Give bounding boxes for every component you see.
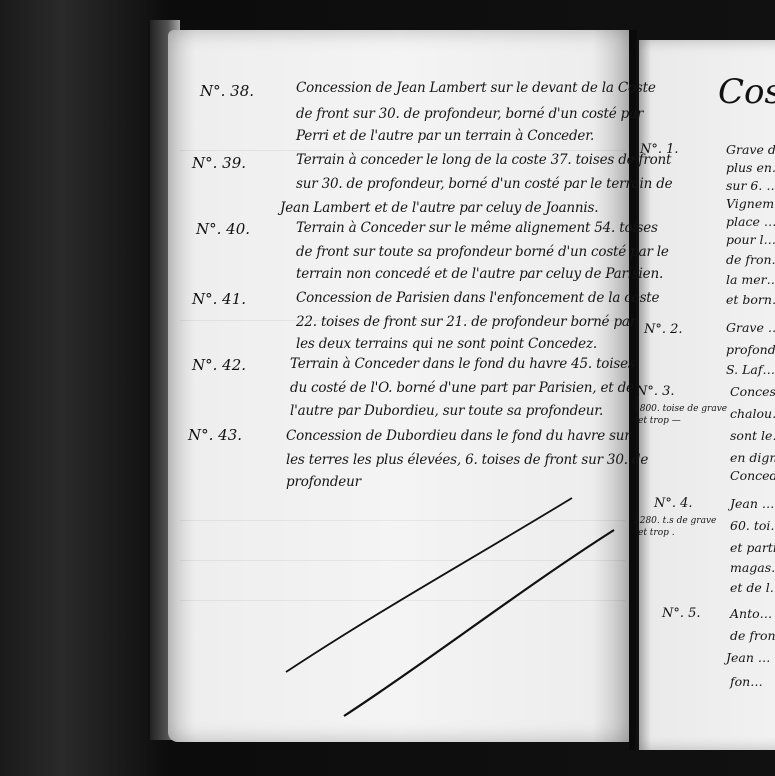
entry-number: N°. 1. (640, 142, 679, 157)
entry-line: Anto… (730, 606, 772, 621)
entry-line: Jean … (730, 496, 774, 511)
entry-number: N°. 5. (662, 606, 701, 621)
entry-line: magas… (730, 560, 775, 575)
entry-line: Conced… (730, 468, 775, 483)
entry-line: en dign… (730, 450, 775, 465)
margin-note: et trop . (638, 528, 675, 538)
entry-line: sur 6. … (726, 178, 775, 193)
right-page-heading: Coste (718, 72, 775, 112)
margin-note: et trop — (638, 416, 681, 426)
entry-number: N°. 3. (636, 384, 675, 399)
margin-note: 1800. toise de grave (634, 404, 727, 414)
entry-line: pour l… (726, 232, 775, 247)
entry-line: de fron… (730, 628, 775, 643)
entry-line: la mer… (726, 272, 775, 287)
margin-note: 1280. t.s de grave (634, 516, 716, 526)
entry-line: S. Laf… (726, 362, 775, 377)
entry-line: plus en… (726, 160, 775, 175)
entry-line: profond… (726, 342, 775, 357)
entry-line: fon… (730, 674, 763, 689)
entry-line: et partie… (730, 540, 775, 555)
entry-line: Grave d… (726, 142, 775, 157)
entry-line: chalou… (730, 406, 775, 421)
entry-line: et born… (726, 292, 775, 307)
entry-number: N°. 4. (654, 496, 693, 511)
entry-line: Jean … (726, 650, 770, 665)
entry-line: et de l… (730, 580, 775, 595)
entry-line: 60. toi… (730, 518, 775, 533)
entry-line: place … (726, 214, 775, 229)
entry-number: N°. 2. (644, 322, 683, 337)
entry-line: Concess… (730, 384, 775, 399)
entry-line: Grave … (726, 320, 775, 335)
entry-line: sont le… (730, 428, 775, 443)
entry-line: Vignem… (726, 196, 775, 211)
entry-line: de fron… (726, 252, 775, 267)
